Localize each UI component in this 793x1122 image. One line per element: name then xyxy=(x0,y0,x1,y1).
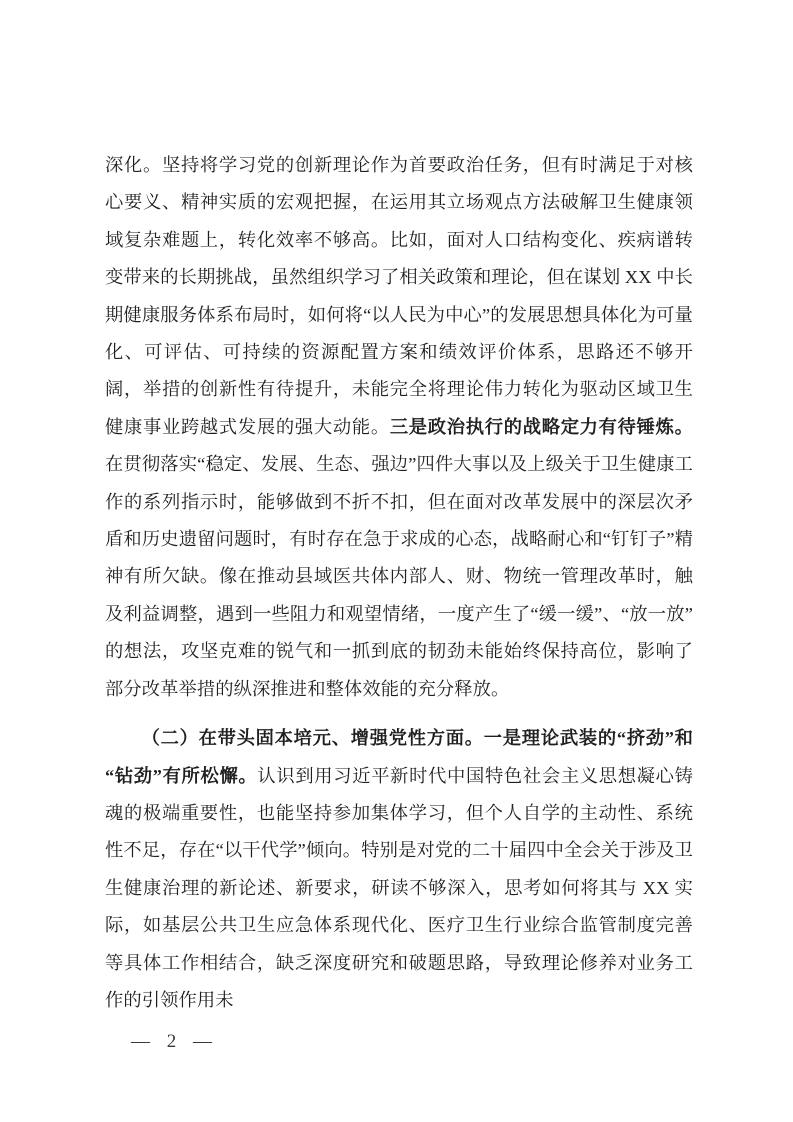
emphasis-segment: （二）在带头固本培元、增强党性方面。 xyxy=(142,728,484,748)
paragraph-2: （二）在带头固本培元、增强党性方面。一是理论武装的“挤劲”和“钻劲”有所松懈。认… xyxy=(105,720,693,1019)
text-segment: 深化。坚持将学习党的创新理论作为首要政治任务，但有时满足于对核心要义、精神实质的… xyxy=(105,155,693,437)
document-body: 深化。坚持将学习党的创新理论作为首要政治任务，但有时满足于对核心要义、精神实质的… xyxy=(105,147,693,1019)
text-segment: 在贯彻落实“稳定、发展、生态、强边”四件大事以及上级关于卫生健康工作的系列指示时… xyxy=(105,454,693,698)
text-segment: 认识到用习近平新时代中国特色社会主义思想凝心铸魂的极端重要性，也能坚持参加集体学… xyxy=(105,766,693,1010)
paragraph-1: 深化。坚持将学习党的创新理论作为首要政治任务，但有时满足于对核心要义、精神实质的… xyxy=(105,147,693,708)
page-number: — 2 — xyxy=(131,1031,215,1053)
emphasis-segment: 三是政治执行的战略定力有待锤炼。 xyxy=(390,417,693,437)
document-page: 深化。坚持将学习党的创新理论作为首要政治任务，但有时满足于对核心要义、精神实质的… xyxy=(0,0,793,1122)
